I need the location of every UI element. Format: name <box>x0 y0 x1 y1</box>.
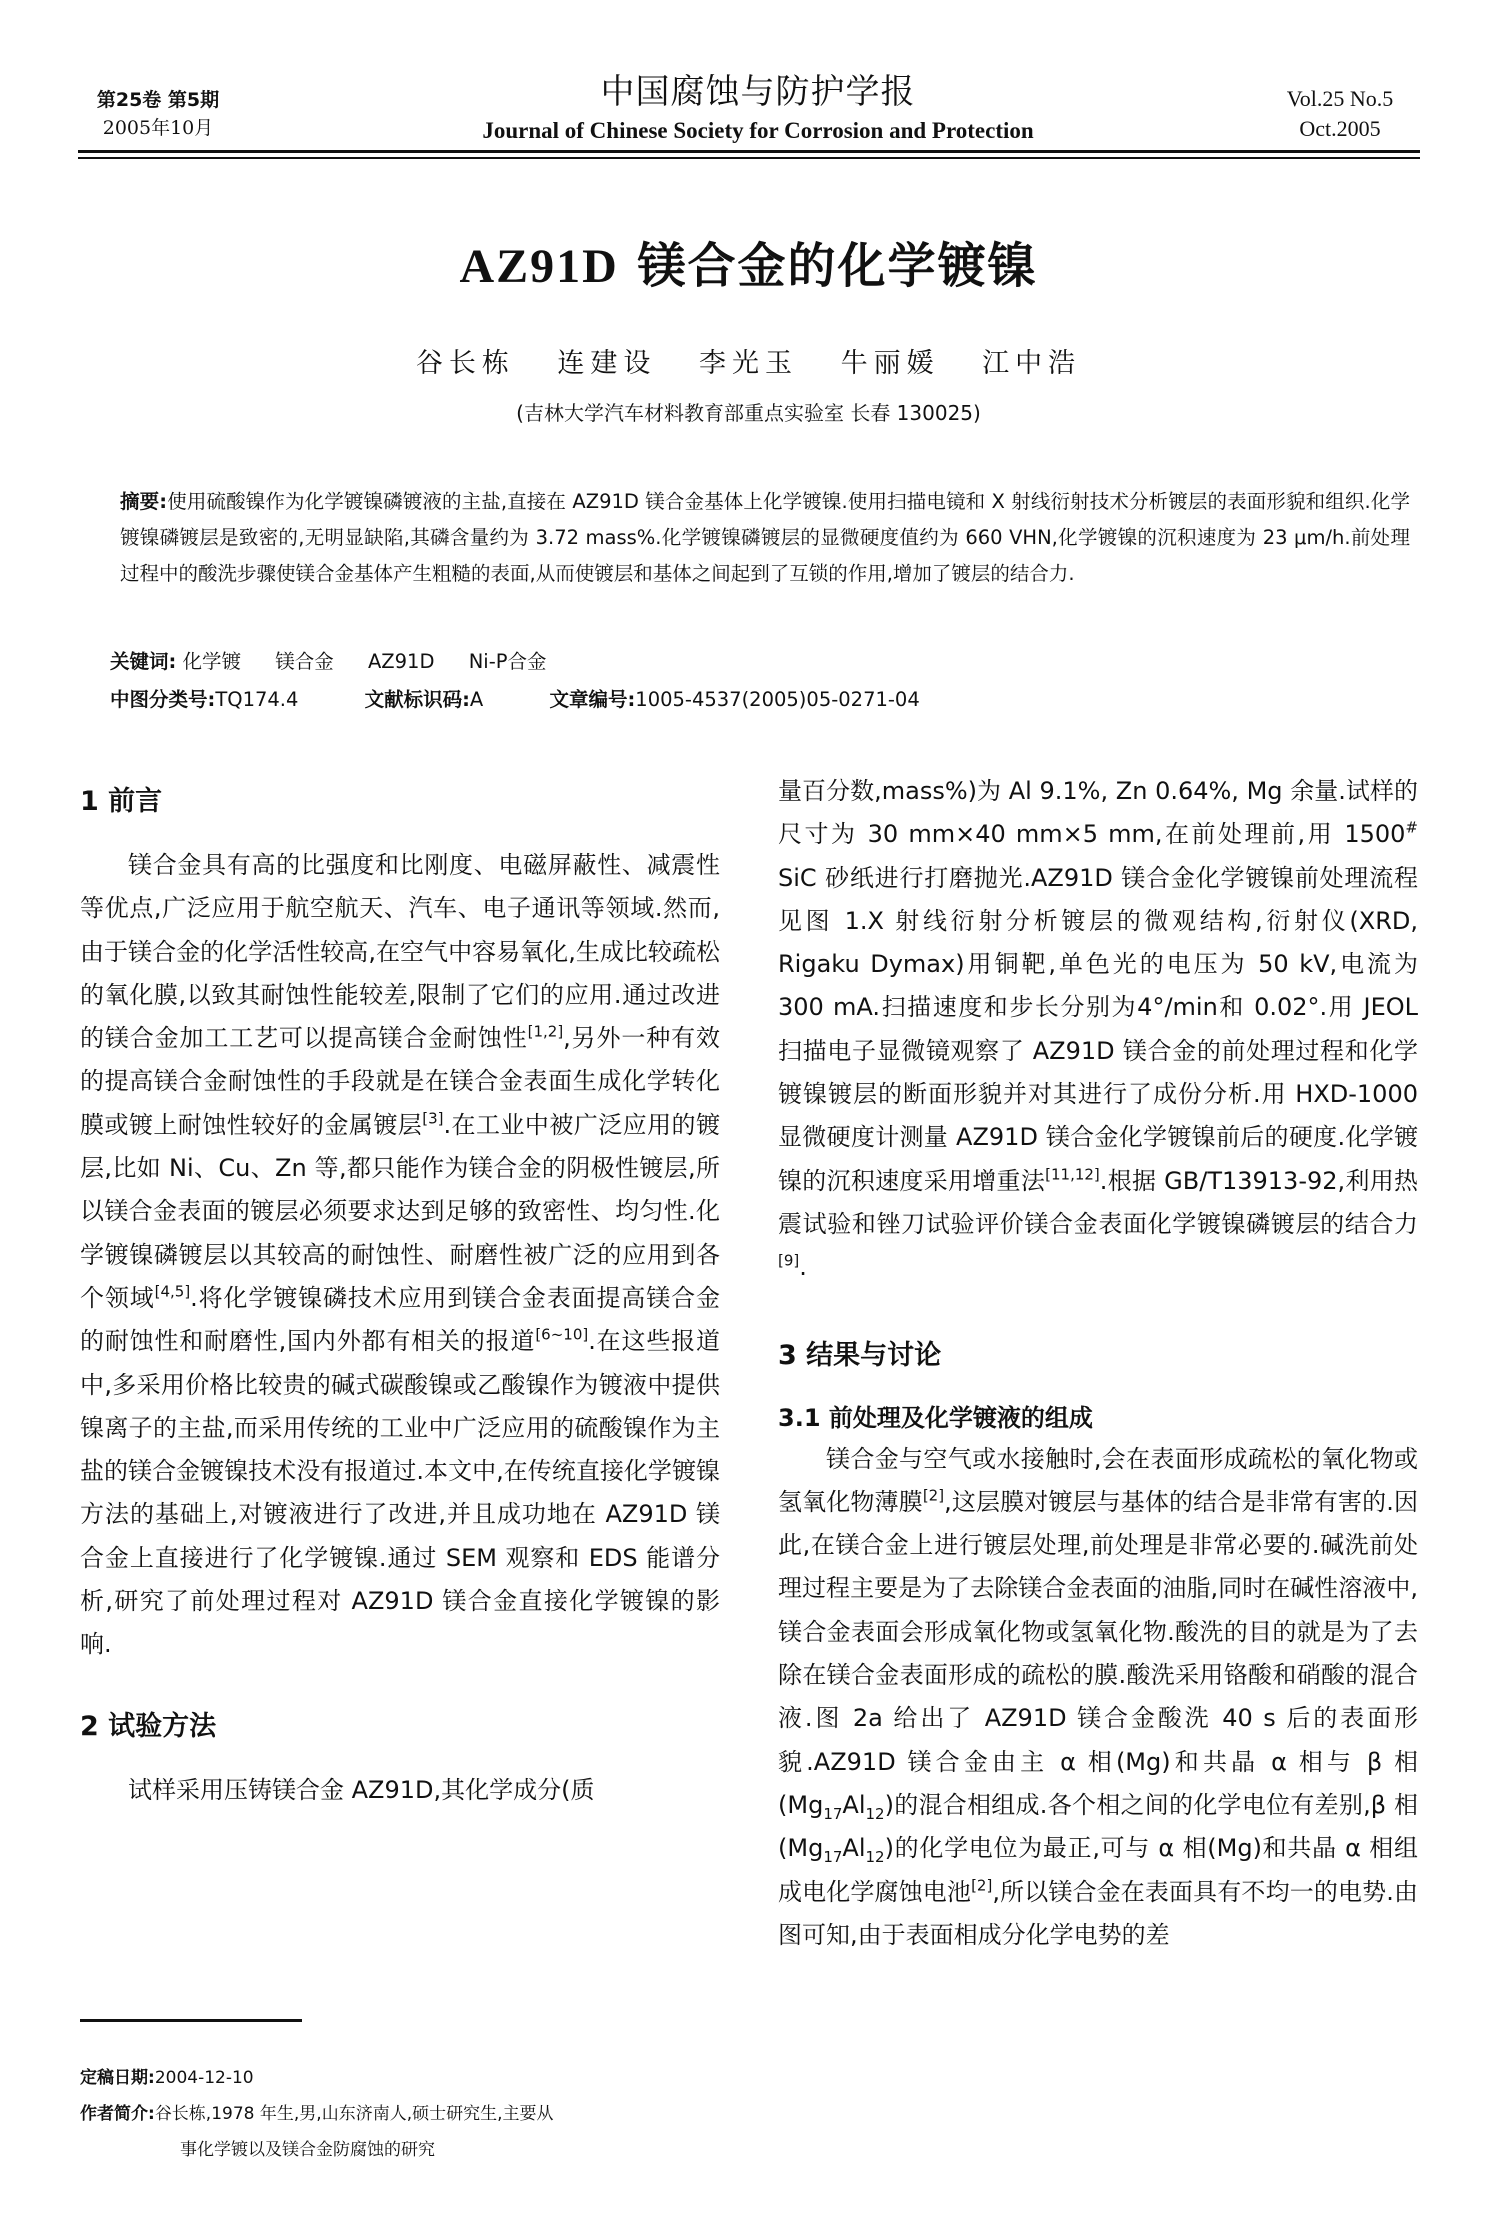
running-header: 第25卷 第5期 2005年10月 中国腐蚀与防护学报 Journal of C… <box>78 62 1420 152</box>
keyword: AZ91D <box>368 650 435 673</box>
article-title: AZ91D 镁合金的化学镀镍 <box>0 236 1497 297</box>
section-heading-results: 3 结果与讨论 <box>778 1336 1418 1376</box>
journal-name-cn: 中国腐蚀与防护学报 <box>388 70 1128 114</box>
citation: [2] <box>923 1486 944 1504</box>
subsection-heading-pretreatment: 3.1 前处理及化学镀液的组成 <box>778 1398 1418 1438</box>
results-paragraph: 镁合金与空气或水接触时,会在表面形成疏松的氧化物或氢氧化物薄膜[2],这层膜对镀… <box>778 1438 1418 1958</box>
intro-paragraph: 镁合金具有高的比强度和比刚度、电磁屏蔽性、减震性等优点,广泛应用于航空航天、汽车… <box>80 844 720 1667</box>
section-heading-intro: 1 前言 <box>80 782 720 822</box>
right-column: 量百分数,mass%)为 Al 9.1%, Zn 0.64%, Mg 余量.试样… <box>778 770 1418 1957</box>
footnote: 定稿日期:2004-12-10 作者简介:谷长栋,1978 年生,男,山东济南人… <box>80 2060 720 2168</box>
section-heading-methods: 2 试验方法 <box>80 1707 720 1747</box>
header-issue-en: Vol.25 No.5 Oct.2005 <box>1260 84 1420 144</box>
citation: [2] <box>971 1876 992 1894</box>
keyword: Ni-P合金 <box>469 650 547 673</box>
article-number: 文章编号:1005-4537(2005)05-0271-04 <box>549 682 919 718</box>
journal-title: 中国腐蚀与防护学报 Journal of Chinese Society for… <box>388 70 1128 146</box>
abstract-text: 使用硫酸镍作为化学镀镍磷镀液的主盐,直接在 AZ91D 镁合金基体上化学镀镍.使… <box>120 490 1410 585</box>
citation: [4,5] <box>155 1282 191 1300</box>
header-rule-thick <box>78 150 1420 153</box>
classification-line: 中图分类号:TQ174.4 文献标识码:A 文章编号:1005-4537(200… <box>110 682 1410 718</box>
keywords-label: 关键词: <box>110 650 176 673</box>
abstract: 摘要:使用硫酸镍作为化学镀镍磷镀液的主盐,直接在 AZ91D 镁合金基体上化学镀… <box>120 484 1410 592</box>
date-en: Oct.2005 <box>1260 114 1420 144</box>
citation: [1,2] <box>528 1022 564 1040</box>
header-issue-cn: 第25卷 第5期 2005年10月 <box>78 86 238 142</box>
affiliation: (吉林大学汽车材料教育部重点实验室 长春 130025) <box>0 398 1497 428</box>
citation: [9] <box>778 1252 799 1270</box>
keyword: 化学镀 <box>183 650 242 673</box>
citation: [11,12] <box>1045 1165 1100 1183</box>
header-rule-thin <box>78 157 1420 159</box>
abstract-label: 摘要: <box>120 490 167 513</box>
received-date: 定稿日期:2004-12-10 <box>80 2060 720 2096</box>
left-column: 1 前言 镁合金具有高的比强度和比刚度、电磁屏蔽性、减震性等优点,广泛应用于航空… <box>80 770 720 1812</box>
volume-issue-cn: 第25卷 第5期 <box>78 86 238 114</box>
journal-name-en: Journal of Chinese Society for Corrosion… <box>388 116 1128 146</box>
methods-paragraph-cont: 量百分数,mass%)为 Al 9.1%, Zn 0.64%, Mg 余量.试样… <box>778 770 1418 1290</box>
keywords: 关键词: 化学镀 镁合金 AZ91D Ni-P合金 <box>110 644 1410 680</box>
volume-issue-en: Vol.25 No.5 <box>1260 84 1420 114</box>
methods-paragraph-start: 试样采用压铸镁合金 AZ91D,其化学成分(质 <box>80 1769 720 1812</box>
keyword: 镁合金 <box>275 650 334 673</box>
citation: [6~10] <box>535 1326 588 1344</box>
title-text: 镁合金的化学镀镍 <box>619 238 1038 294</box>
document-code: 文献标识码:A <box>365 682 484 718</box>
author-bio: 作者简介:谷长栋,1978 年生,男,山东济南人,硕士研究生,主要从 <box>80 2096 720 2132</box>
author-list: 谷长栋 连建设 李光玉 牛丽媛 江中浩 <box>0 346 1497 382</box>
title-model: AZ91D <box>459 240 618 293</box>
author-bio-cont: 事化学镀以及镁合金防腐蚀的研究 <box>80 2132 720 2168</box>
citation: [3] <box>422 1109 443 1127</box>
clc-code: 中图分类号:TQ174.4 <box>110 682 298 718</box>
footnote-rule <box>80 2019 302 2022</box>
date-cn: 2005年10月 <box>78 114 238 142</box>
